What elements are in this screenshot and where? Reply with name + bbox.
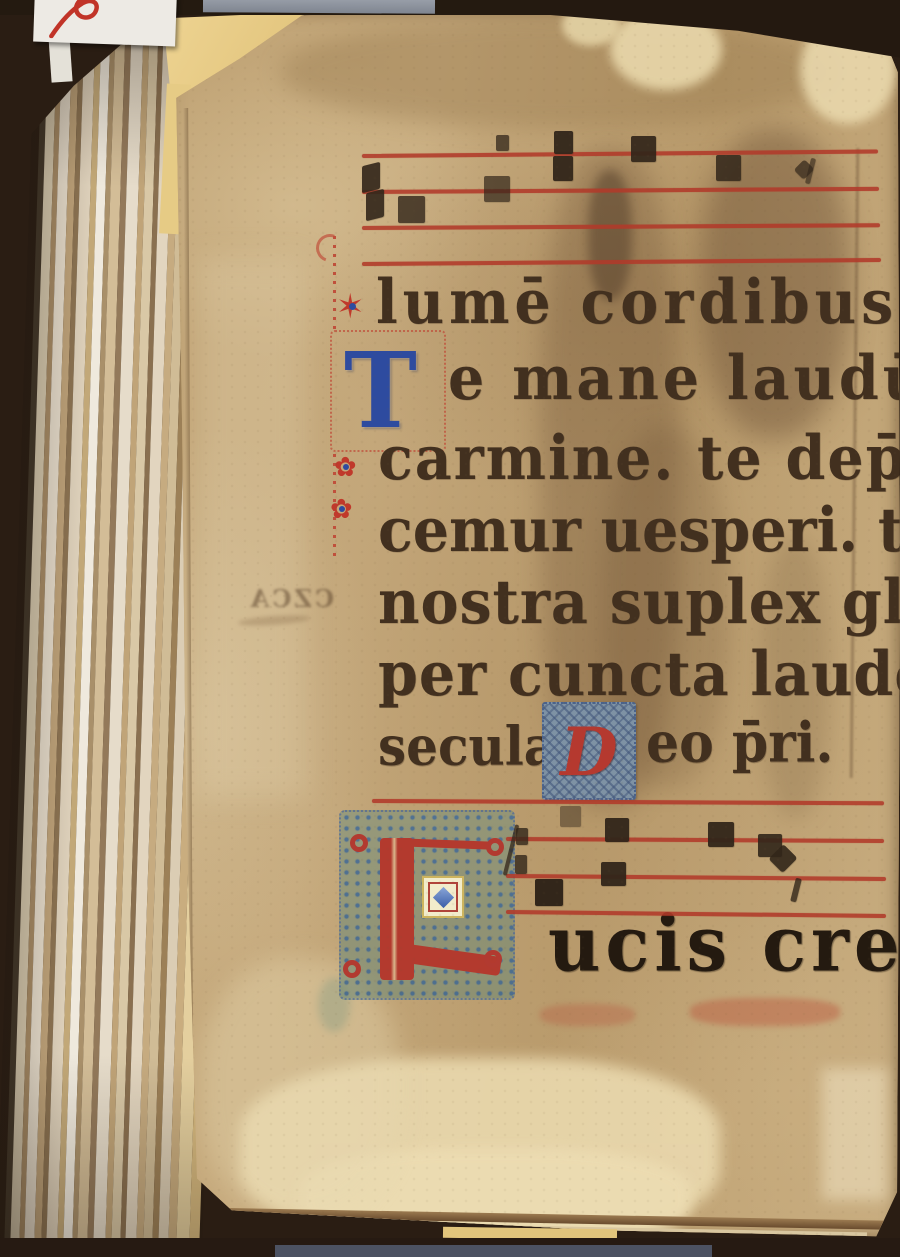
text-line: lumē cordibus.: [376, 272, 900, 332]
neume-square: [708, 822, 734, 847]
illuminated-initial-D-panel: D: [542, 702, 636, 800]
penwork-vine-curl: [311, 229, 348, 266]
fore-edge-strip: [63, 12, 111, 1252]
initial-L-curl: [484, 950, 502, 968]
neume-square: [515, 855, 527, 874]
text-line: nostra suplex glī.: [378, 572, 900, 632]
neume-square: [560, 806, 581, 827]
staff-line: [362, 223, 880, 229]
initial-L-top-bar: [401, 838, 491, 849]
text-line: e mane laudū: [448, 348, 900, 408]
text-line: cemur uesperi. te: [378, 500, 900, 560]
fore-edge-strip: [77, 13, 126, 1253]
neume-square: [398, 196, 425, 223]
staff-line: [362, 187, 879, 194]
flower-center-dot: [343, 464, 349, 470]
fore-edge-strip: [93, 13, 144, 1253]
fore-edge-strip: [41, 12, 85, 1252]
staff-line: [362, 258, 881, 266]
initial-L-curl: [350, 834, 368, 852]
initial-L-curl: [486, 838, 504, 856]
faint-rubric-smudge: [540, 1004, 635, 1026]
fore-edge-strip: [10, 11, 58, 1251]
illuminated-initial-L-panel: [339, 810, 515, 1000]
parchment-page: CZCA ✶ ✿ ✿ lumē cordibus. T e mane laudū…: [160, 8, 900, 1240]
faint-rubric-smudge: [690, 998, 840, 1026]
fore-edge-strip: [105, 14, 150, 1254]
text-line: per cuncta laudet: [378, 644, 900, 704]
neume-square: [554, 131, 573, 154]
neume-square: [535, 879, 563, 906]
fore-edge-strip: [111, 14, 159, 1254]
red-ink-mark: [39, 0, 111, 40]
neume-square: [516, 828, 528, 845]
fore-edge-strip: [46, 12, 96, 1252]
flower-center-dot: [339, 506, 345, 512]
fore-edge-strip: [24, 11, 73, 1251]
text-line: eo p̄ri.: [646, 716, 833, 771]
text-line: carmine. te dep̄: [378, 428, 900, 488]
fore-edge-strip: [57, 12, 102, 1252]
staff-line: [372, 799, 884, 805]
fore-edge-strip: [34, 11, 80, 1251]
neume-square: [496, 135, 509, 151]
neume-square: [553, 156, 573, 181]
neume-square: [484, 176, 510, 202]
initial-L-center-ornament: [422, 876, 464, 918]
neume-slant: [362, 162, 380, 193]
table-edge-strip-bottom: [275, 1245, 712, 1257]
fore-edge-strip: [87, 13, 132, 1253]
light-patch: [822, 1068, 888, 1200]
staff-line: [506, 837, 884, 842]
light-patch: [196, 258, 306, 798]
flower-center-dot: [349, 303, 356, 310]
neume-slant: [366, 189, 384, 221]
fore-edge-strip: [120, 14, 164, 1254]
fore-edge-strip: [72, 13, 116, 1253]
staff-line: [506, 874, 886, 880]
illuminated-initial-D: D: [544, 710, 634, 794]
paper-slip: [33, 0, 177, 46]
neume-square: [601, 862, 626, 886]
table-edge-strip: [203, 0, 435, 14]
fore-edge-strip: [19, 11, 63, 1251]
neume-square: [716, 155, 741, 181]
initial-L-curl: [343, 960, 361, 978]
staff-line: [362, 149, 878, 157]
neume-square: [631, 136, 656, 162]
show-through-text: CZCA: [224, 584, 334, 613]
manuscript-photo: CZCA ✶ ✿ ✿ lumē cordibus. T e mane laudū…: [0, 0, 900, 1257]
text-line: ucis crea: [548, 906, 900, 982]
fore-edge-strip: [4, 10, 49, 1250]
neume-square: [605, 818, 629, 842]
